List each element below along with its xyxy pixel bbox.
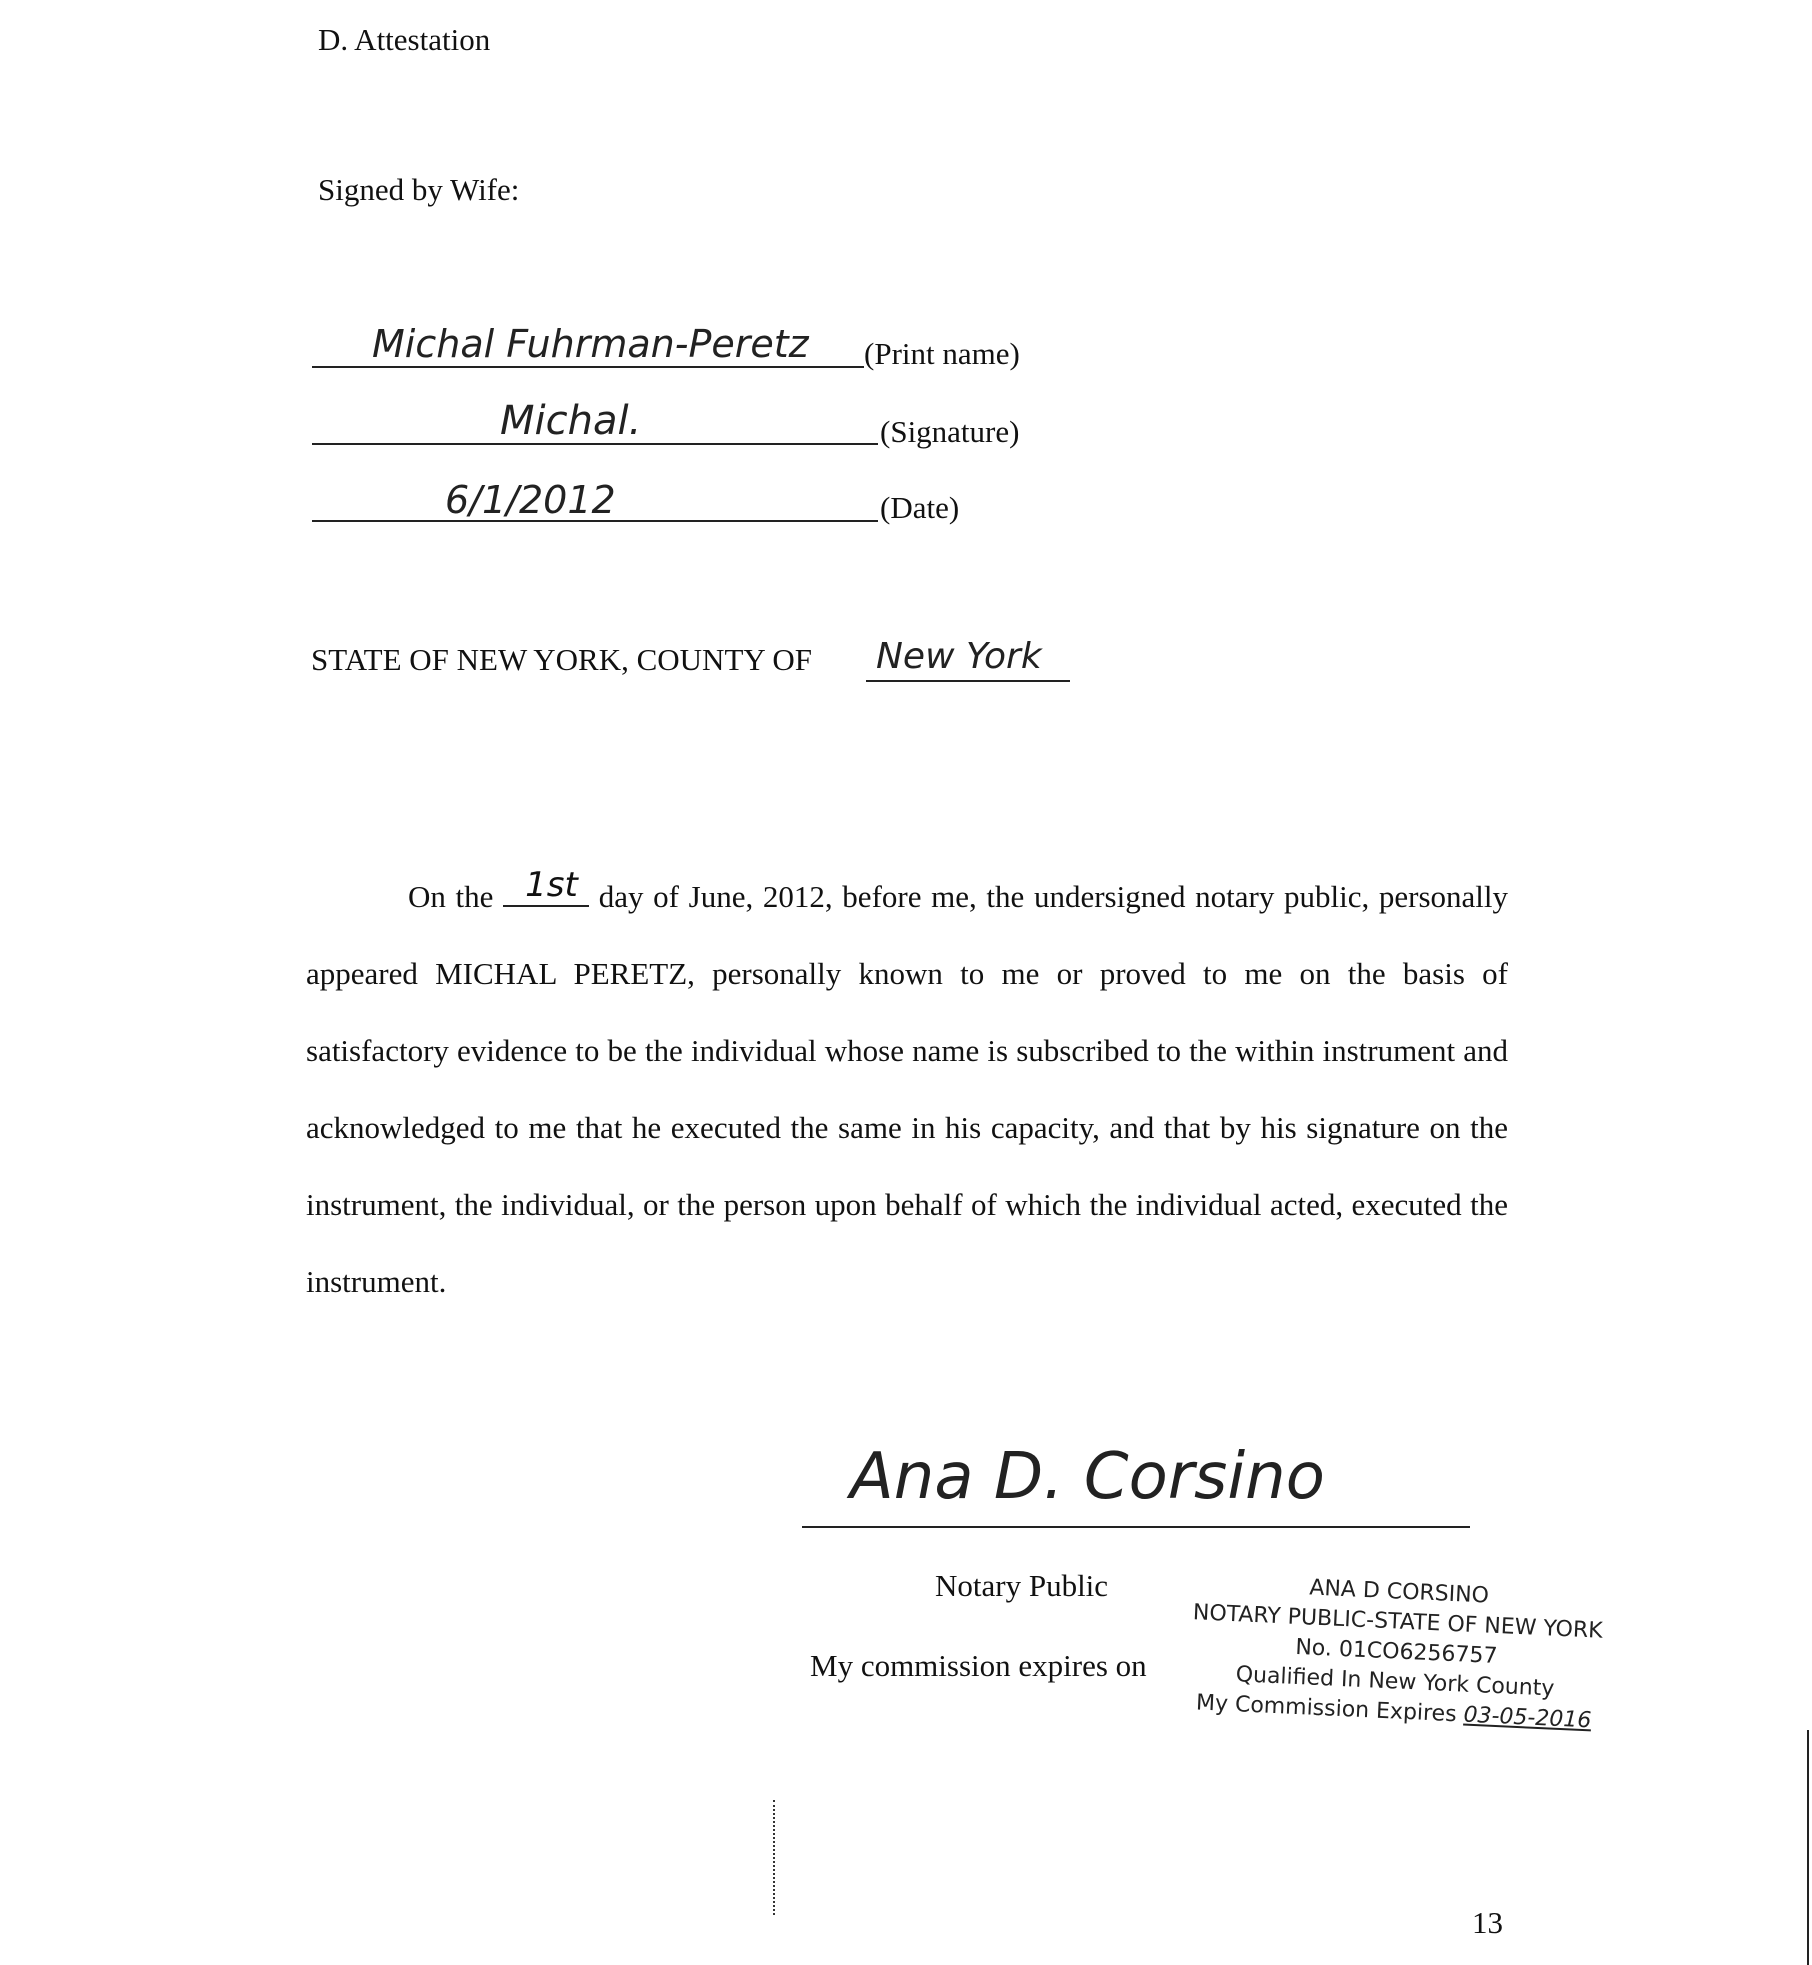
notary-signature: Ana D. Corsino	[850, 1440, 1325, 1514]
ack-lead: On the	[408, 879, 493, 914]
day-blank: 1st	[503, 871, 589, 907]
scan-edge-line	[1807, 1730, 1809, 1965]
county-line	[866, 680, 1070, 682]
acknowledgment-paragraph: On the 1st day of June, 2012, before me,…	[306, 858, 1508, 1320]
wife-signature: Michal.	[500, 398, 641, 444]
commission-label: My commission expires on	[810, 1648, 1147, 1684]
print-name-line	[312, 366, 864, 368]
notary-title-label: Notary Public	[935, 1568, 1108, 1604]
section-heading: D. Attestation	[318, 22, 490, 58]
scan-dotted-artifact	[773, 1800, 775, 1915]
print-name-value: Michal Fuhrman-Peretz	[372, 322, 809, 366]
day-value: 1st	[525, 847, 578, 924]
signed-by-label: Signed by Wife:	[318, 172, 519, 208]
signature-label: (Signature)	[880, 414, 1019, 450]
notary-stamp: ANA D CORSINO NOTARY PUBLIC-STATE OF NEW…	[1183, 1568, 1609, 1737]
print-name-label: (Print name)	[864, 336, 1020, 372]
date-label: (Date)	[880, 490, 959, 526]
date-value: 6/1/2012	[445, 478, 616, 522]
page-number: 13	[1472, 1905, 1503, 1941]
county-value: New York	[876, 636, 1042, 677]
venue-prefix: STATE OF NEW YORK, COUNTY OF	[311, 642, 812, 678]
notary-signature-line	[802, 1526, 1470, 1528]
ack-text: day of June, 2012, before me, the unders…	[306, 879, 1508, 1299]
stamp-expires-value: 03-05-2016	[1463, 1703, 1592, 1734]
